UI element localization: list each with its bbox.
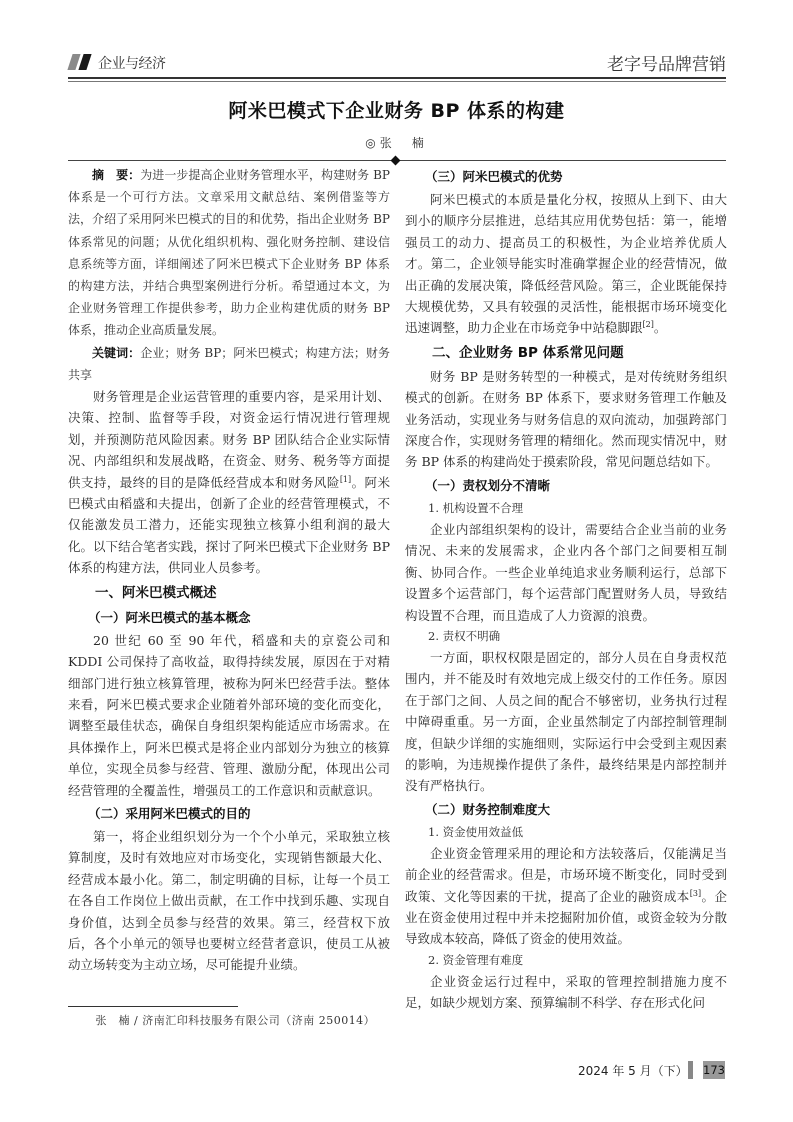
section-2-1-1-paragraph: 企业内部组织架构的设计，需要结合企业当前的业务情况、未来的发展需求，企业内各个部… bbox=[405, 519, 727, 626]
footer-bar bbox=[688, 1061, 693, 1079]
keywords-label: 关键词： bbox=[92, 346, 140, 360]
intro-paragraph: 财务管理是企业运营管理的重要内容，是采用计划、决策、控制、监督等手段，对资金运行… bbox=[68, 386, 390, 579]
section-2-heading: 二、企业财务 BP 体系常见问题 bbox=[405, 341, 727, 365]
footnote-rule bbox=[68, 1006, 238, 1007]
column-name: 老字号品牌营销 bbox=[607, 50, 726, 75]
abstract-text: 为进一步提高企业财务管理水平，构建财务 BP 体系是一个可行方法。文章采用文献总… bbox=[68, 168, 390, 337]
section-1-2-heading: （二）采用阿米巴模式的目的 bbox=[68, 802, 390, 825]
right-column: （三）阿米巴模式的优势 阿米巴模式的本质是量化分权，按照从上到下、由大到小的顺序… bbox=[405, 164, 727, 1014]
left-column: 摘 要：为进一步提高企业财务管理水平，构建财务 BP 体系是一个可行方法。文章采… bbox=[68, 164, 390, 976]
running-header: 企业与经济 老字号品牌营销 bbox=[68, 50, 726, 74]
journal-section: 企业与经济 bbox=[98, 53, 166, 73]
section-1-1-paragraph: 20 世纪 60 至 90 年代，稻盛和夫的京瓷公司和 KDDI 公司保持了高收… bbox=[68, 630, 390, 801]
abstract: 摘 要：为进一步提高企业财务管理水平，构建财务 BP 体系是一个可行方法。文章采… bbox=[68, 164, 390, 342]
section-1-3-paragraph: 阿米巴模式的本质是量化分权，按照从上到下、由大到小的顺序分层推进，总结其应用优势… bbox=[405, 189, 727, 339]
section-2-intro: 财务 BP 是财务转型的一种模式，是对传统财务组织模式的创新。在财务 BP 体系… bbox=[405, 366, 727, 473]
section-2-2-1-paragraph: 企业资金管理采用的理论和方法较落后，仅能满足当前企业的经营需求。但是，市场环境不… bbox=[405, 843, 727, 950]
article-author: ◎张 楠 bbox=[0, 134, 793, 151]
header-rule-thin bbox=[68, 81, 726, 82]
abstract-label: 摘 要： bbox=[92, 168, 140, 182]
section-2-2-heading: （二）财务控制难度大 bbox=[405, 798, 727, 821]
issue-date: 2024 年 5 月（下） bbox=[578, 1062, 688, 1079]
section-2-2-2-heading: 2. 资金管理有难度 bbox=[405, 950, 727, 971]
header-bars-icon bbox=[68, 54, 92, 70]
section-2-1-1-heading: 1. 机构设置不合理 bbox=[405, 498, 727, 519]
citation-2: [2] bbox=[643, 320, 654, 329]
page-number: 173 bbox=[703, 1061, 725, 1079]
section-1-1-heading: （一）阿米巴模式的基本概念 bbox=[68, 606, 390, 629]
section-2-2-2-paragraph: 企业资金运行过程中，采取的管理控制措施力度不足，如缺少规划方案、预算编制不科学、… bbox=[405, 971, 727, 1014]
section-2-1-2-paragraph: 一方面，职权权限是固定的，部分人员在自身责权范围内，并不能及时有效地完成上级交付… bbox=[405, 647, 727, 797]
article-title: 阿米巴模式下企业财务 BP 体系的构建 bbox=[0, 96, 793, 123]
citation-1: [1] bbox=[340, 475, 351, 484]
section-1-heading: 一、阿米巴模式概述 bbox=[68, 581, 390, 605]
section-1-3-heading: （三）阿米巴模式的优势 bbox=[405, 165, 727, 188]
header-rule bbox=[68, 77, 726, 79]
section-2-1-heading: （一）责权划分不清晰 bbox=[405, 474, 727, 497]
author-affiliation-footnote: 张 楠 / 济南汇印科技服务有限公司（济南 250014） bbox=[68, 1012, 390, 1028]
section-2-2-1-heading: 1. 资金使用效益低 bbox=[405, 822, 727, 843]
citation-3: [3] bbox=[690, 888, 701, 897]
section-2-1-2-heading: 2. 责权不明确 bbox=[405, 626, 727, 647]
section-1-2-paragraph: 第一，将企业组织划分为一个个小单元，采取独立核算制度，及时有效地应对市场变化，实… bbox=[68, 826, 390, 976]
divider-diamond-icon bbox=[391, 156, 401, 166]
keywords: 关键词：企业；财务 BP；阿米巴模式；构建方法；财务共享 bbox=[68, 342, 390, 386]
